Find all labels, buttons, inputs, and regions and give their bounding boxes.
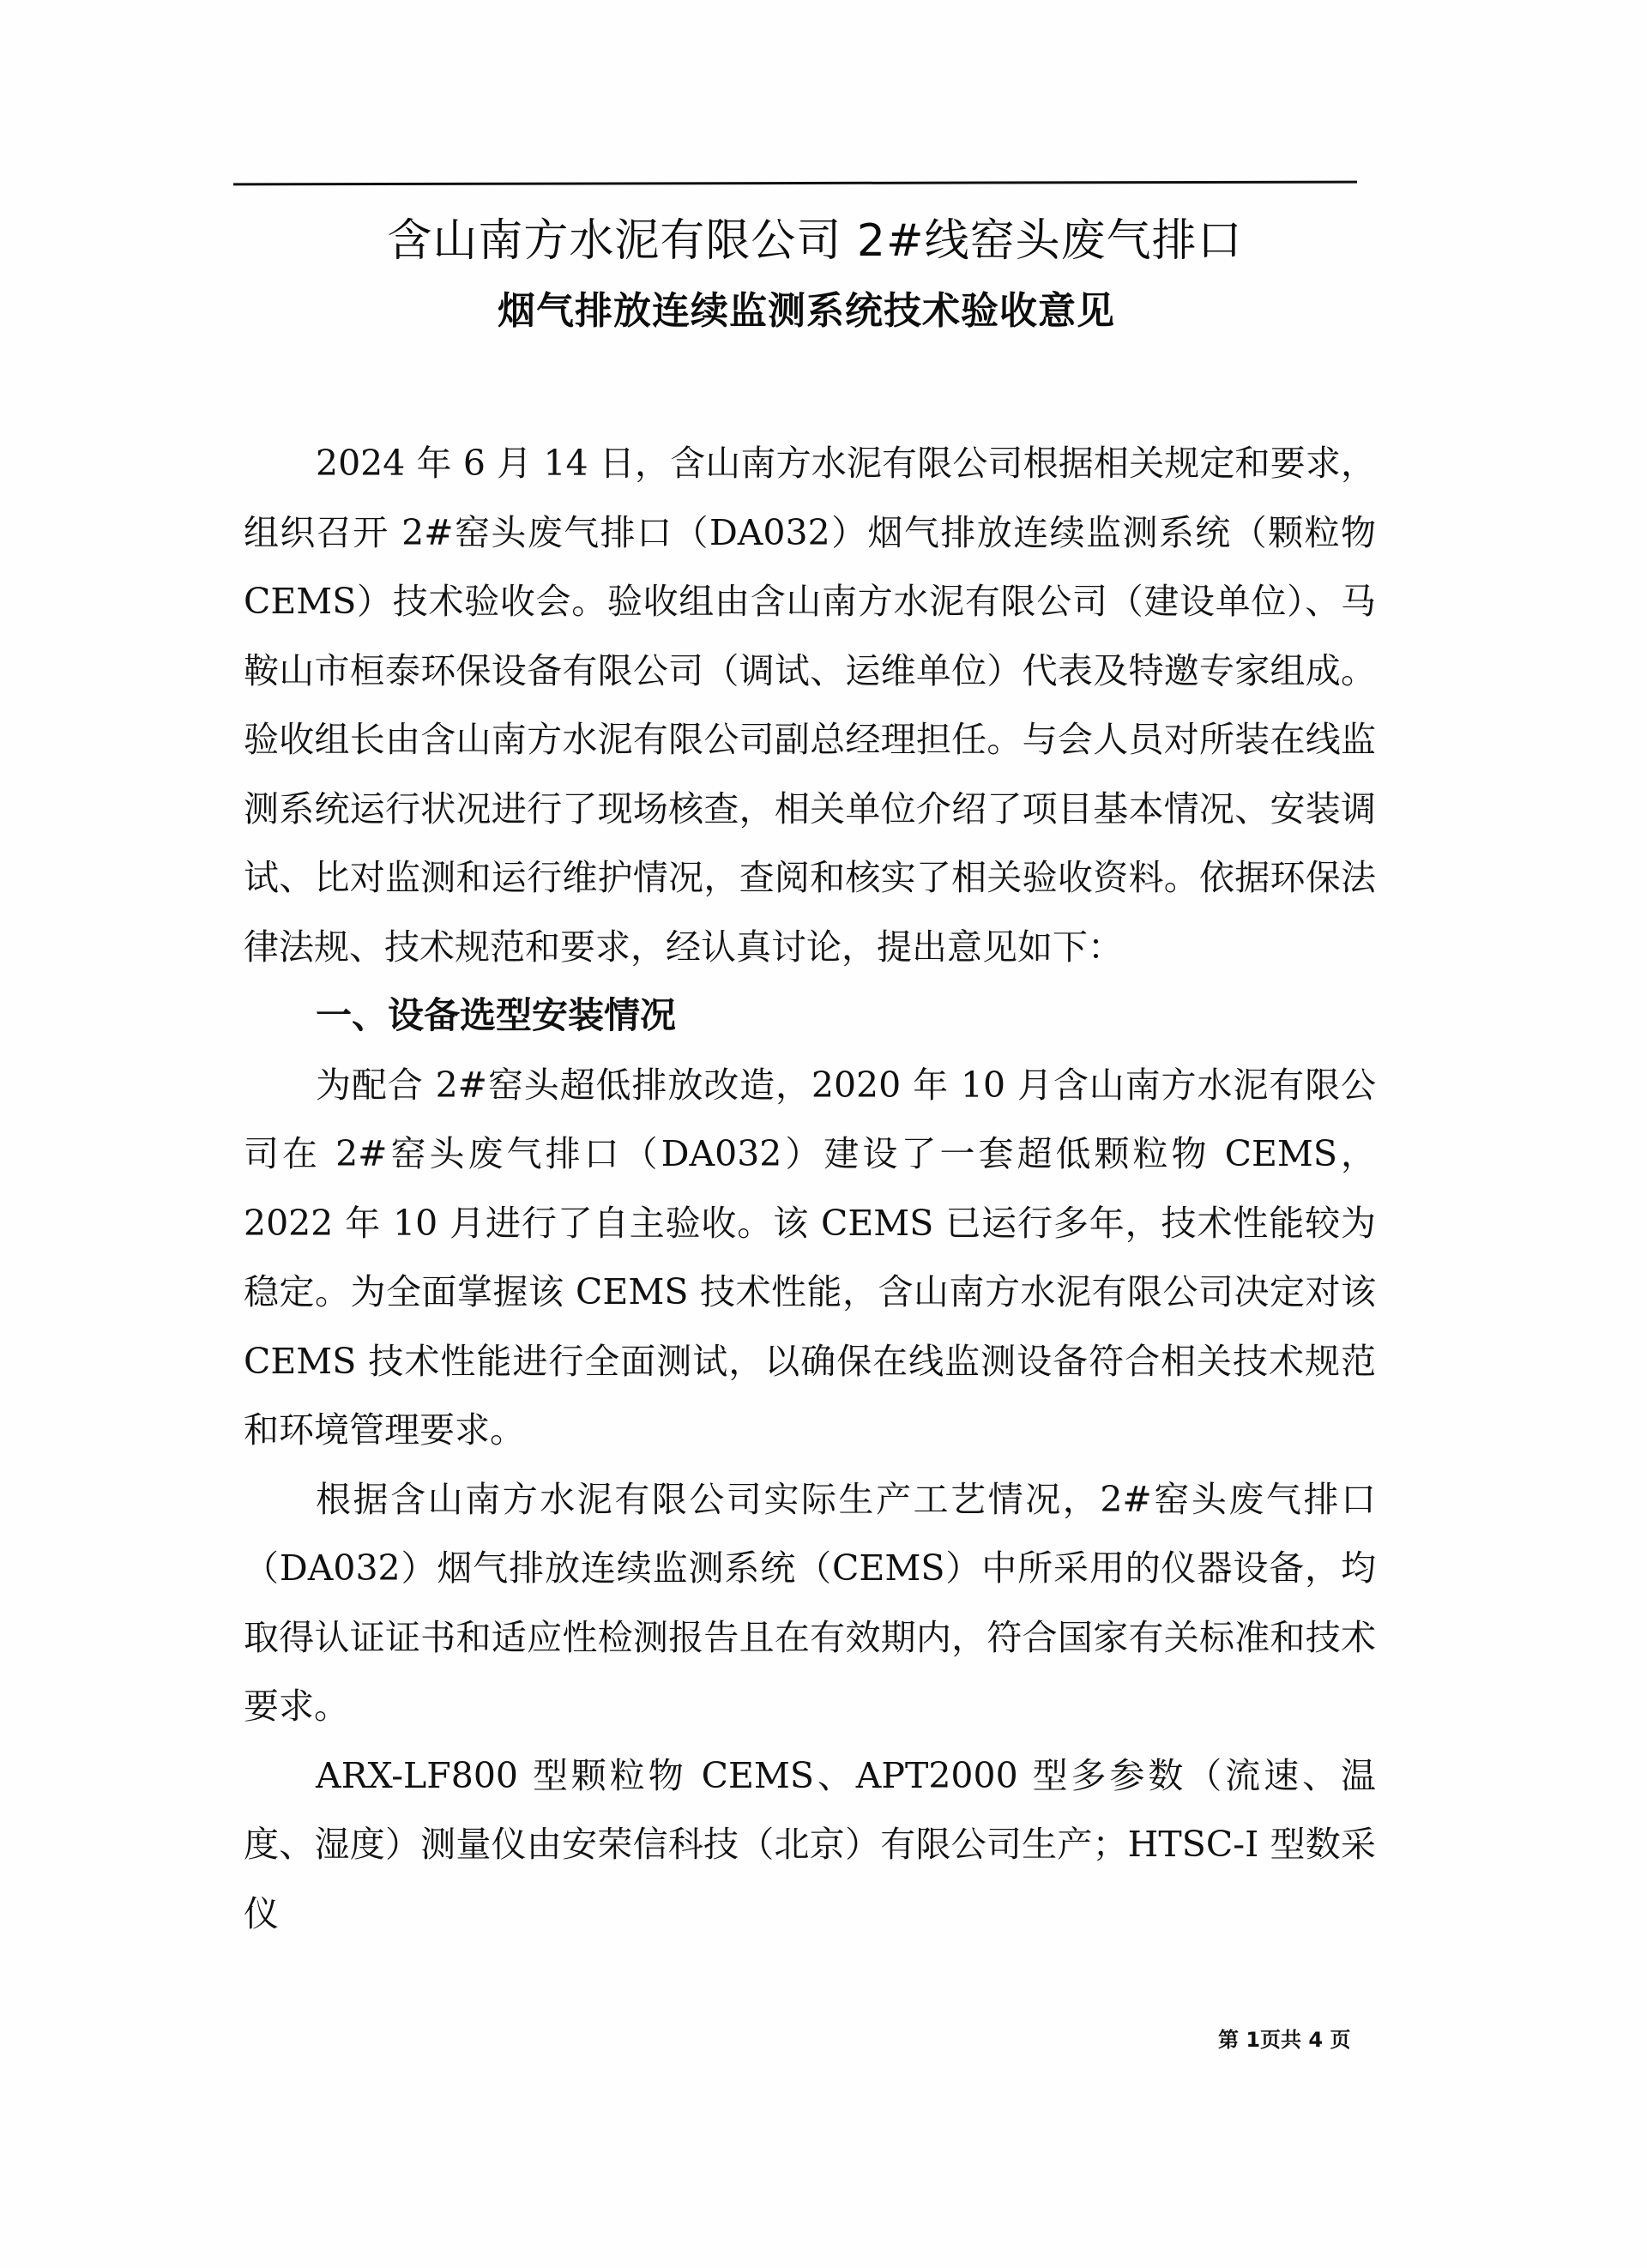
section-1-paragraph-1: 为配合 2#窑头超低排放改造，2020 年 10 月含山南方水泥有限公司在 2#… [244, 1051, 1376, 1465]
section-1-paragraph-2: 根据含山南方水泥有限公司实际生产工艺情况，2#窑头废气排口（DA032）烟气排放… [244, 1465, 1376, 1741]
page-indicator: 第 1页共 4 页 [1218, 2023, 1350, 2053]
document-body: 2024 年 6 月 14 日，含山南方水泥有限公司根据相关规定和要求，组织召开… [244, 429, 1376, 1948]
document-title-line-1: 含山南方水泥有限公司 2#线窑头废气排口 [0, 204, 1638, 268]
document-page: 含山南方水泥有限公司 2#线窑头废气排口 烟气排放连续监测系统技术验收意见 20… [0, 0, 1647, 2268]
document-title-line-2: 烟气排放连续监测系统技术验收意见 [0, 280, 1630, 335]
intro-paragraph: 2024 年 6 月 14 日，含山南方水泥有限公司根据相关规定和要求，组织召开… [244, 429, 1376, 981]
section-heading-1: 一、设备选型安装情况 [244, 981, 1376, 1051]
header-rule [233, 181, 1357, 186]
section-1-paragraph-3: ARX-LF800 型颗粒物 CEMS、APT2000 型多参数（流速、温度、湿… [244, 1741, 1376, 1949]
